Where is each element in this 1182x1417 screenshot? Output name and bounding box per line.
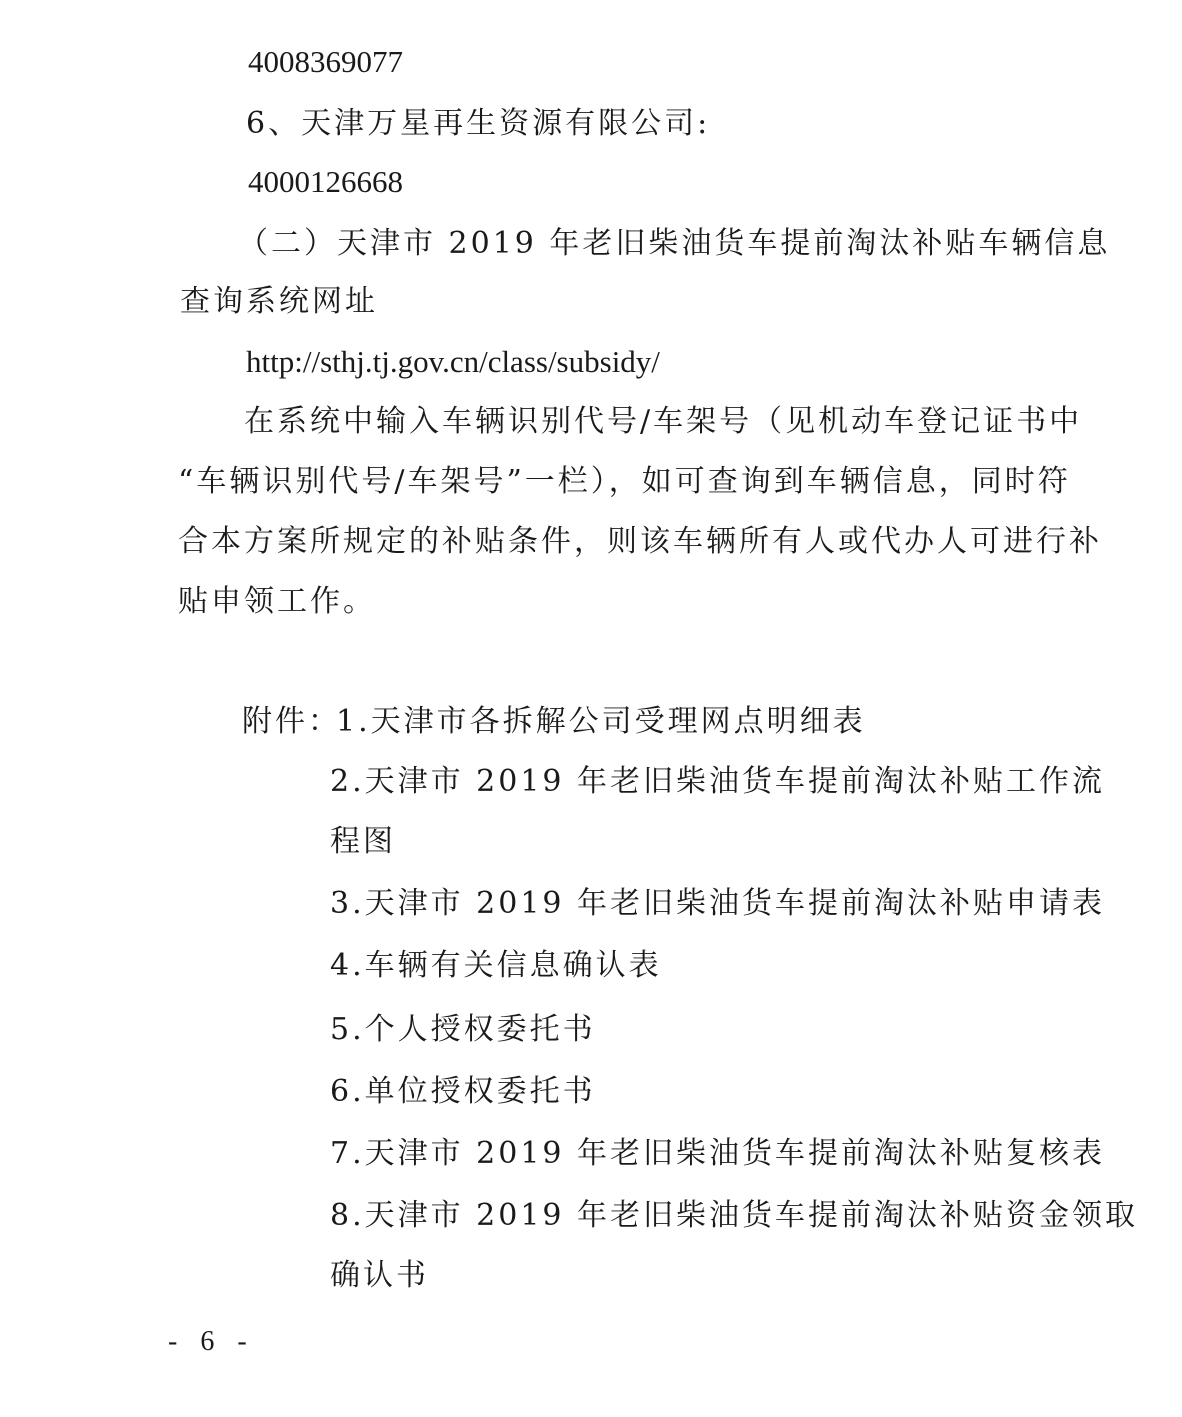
attachment-item-3: 3.天津市 2019 年老旧柴油货车提前淘汰补贴申请表 xyxy=(330,884,1105,924)
paragraph-line-3: 合本方案所规定的补贴条件，则该车辆所有人或代办人可进行补 xyxy=(178,522,1102,562)
attachment-item-8-cont: 确认书 xyxy=(330,1256,429,1296)
query-url-link[interactable]: http://sthj.tj.gov.cn/class/subsidy/ xyxy=(246,342,660,382)
attachment-item-1: 1.天津市各拆解公司受理网点明细表 xyxy=(336,702,866,742)
attachment-item-4: 4.车辆有关信息确认表 xyxy=(330,946,662,986)
phone-number-5: 4008369077 xyxy=(248,42,403,82)
paragraph-line-4: 贴申领工作。 xyxy=(178,582,376,622)
attachment-item-2: 2.天津市 2019 年老旧柴油货车提前淘汰补贴工作流 xyxy=(330,762,1105,802)
attachment-item-5: 5.个人授权委托书 xyxy=(330,1010,596,1050)
paragraph-line-2: “车辆识别代号/车架号”一栏），如可查询到车辆信息，同时符 xyxy=(178,462,1071,502)
attachment-item-2-cont: 程图 xyxy=(330,822,396,862)
attachment-item-6: 6.单位授权委托书 xyxy=(330,1072,596,1112)
phone-number-6: 4000126668 xyxy=(248,162,403,202)
page-number: - 6 - xyxy=(168,1326,255,1358)
section-heading-2-cont: 查询系统网址 xyxy=(180,282,378,322)
attachment-item-7: 7.天津市 2019 年老旧柴油货车提前淘汰补贴复核表 xyxy=(330,1134,1105,1174)
attachment-item-8: 8.天津市 2019 年老旧柴油货车提前淘汰补贴资金领取 xyxy=(330,1196,1138,1236)
section-heading-2: （二）天津市 2019 年老旧柴油货车提前淘汰补贴车辆信息 xyxy=(238,224,1110,264)
paragraph-line-1: 在系统中输入车辆识别代号/车架号（见机动车登记证书中 xyxy=(244,402,1082,442)
company-6-name: 6、天津万星再生资源有限公司: xyxy=(246,104,710,144)
attachments-label: 附件： xyxy=(242,702,341,742)
